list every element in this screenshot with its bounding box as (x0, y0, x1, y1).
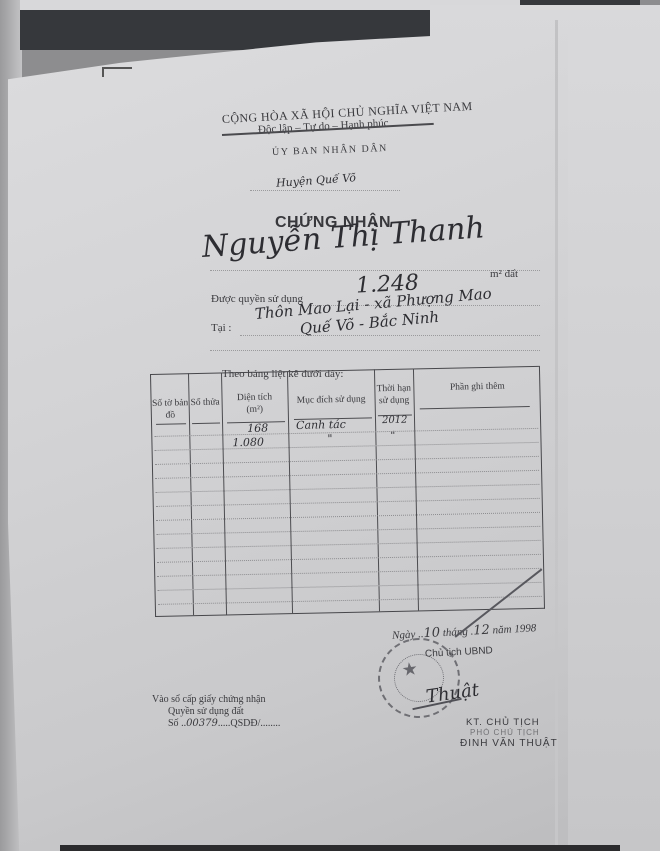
registry-number-value: 00379 (186, 718, 218, 729)
column-divider (287, 371, 293, 613)
dotted-rule (250, 190, 400, 191)
registry-number-suffix: QSDĐ/ (230, 718, 260, 729)
area-unit: m² đất (490, 268, 518, 280)
signer-name: ĐINH VĂN THUẬT (460, 738, 558, 749)
col-header-duration: Thời hạn sử dụng (374, 382, 413, 407)
date-month: 12 (473, 623, 490, 639)
registry-number: Số ..00379.....QSDĐ/........ (168, 718, 280, 729)
row-divider (157, 540, 541, 549)
cell-purpose-row1: Canh tác (296, 418, 346, 432)
col-header-purpose: Mục đích sử dụng (287, 393, 374, 407)
row-divider (156, 512, 540, 521)
star-icon: ★ (400, 658, 419, 681)
registry-line1: Vào sổ cấp giấy chứng nhận (152, 694, 265, 705)
signer-subrole: PHÓ CHỦ TỊCH (470, 728, 540, 737)
corner-bracket-mark (102, 67, 132, 77)
row-divider (158, 582, 542, 591)
paper-fold-line (555, 20, 558, 851)
row-divider (155, 484, 539, 493)
registry-line2: Quyền sử dụng đất (168, 706, 244, 717)
row-divider (154, 428, 538, 437)
row-divider (156, 498, 540, 507)
row-divider (158, 596, 542, 605)
col-header-map-sheet: Số tờ bản đồ (152, 397, 189, 422)
column-divider (188, 373, 194, 615)
date-year: 1998 (514, 622, 537, 635)
header-underline (156, 423, 186, 425)
header-underline (420, 406, 530, 409)
cell-duration-row1: 2012 (382, 415, 408, 427)
bottom-shadow (60, 845, 620, 851)
row-divider (155, 470, 539, 479)
date-year-label: năm (492, 624, 512, 637)
registry-number-label: Số (168, 718, 179, 729)
location-label: Tại : (211, 322, 231, 334)
col-header-notes: Phần ghi thêm (413, 380, 541, 395)
land-parcel-table: Số tờ bản đồ Số thửa Diện tích (m²) Mục … (150, 366, 545, 617)
dotted-rule (210, 350, 540, 351)
row-divider (155, 456, 539, 465)
dotted-rule (240, 335, 540, 336)
header-underline (192, 423, 220, 425)
cell-purpose-row2: " (327, 432, 332, 445)
row-divider (157, 554, 541, 563)
row-divider (155, 442, 539, 451)
row-divider (157, 568, 541, 577)
column-divider (413, 368, 419, 610)
signer-role: KT. CHỦ TỊCH (466, 717, 540, 728)
row-divider (156, 526, 540, 535)
col-header-parcel-no: Số thửa (188, 397, 221, 410)
col-header-area: Diện tích (m²) (231, 391, 277, 416)
column-divider (221, 372, 227, 614)
